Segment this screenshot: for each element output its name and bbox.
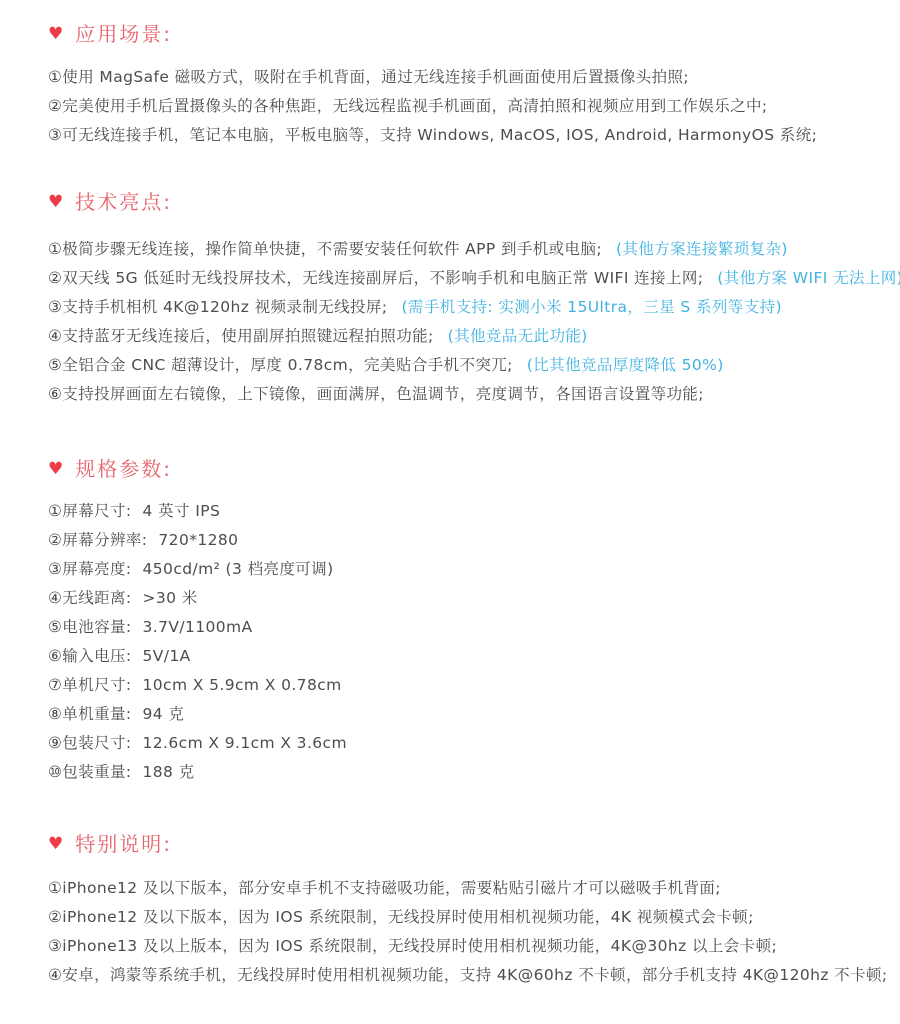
spec-row: ④无线距离:>30 米 [48, 584, 874, 613]
spec-value: >30 米 [143, 589, 198, 607]
spec-label: ②屏幕分辨率: [48, 531, 147, 549]
feature-item: ②双天线 5G 低延时无线投屏技术，无线连接副屏后，不影响手机和电脑正常 WIF… [48, 264, 874, 293]
spec-label: ③屏幕亮度: [48, 560, 132, 578]
feature-item: ③可无线连接手机，笔记本电脑，平板电脑等，支持 Windows, MacOS, … [48, 121, 874, 150]
heart-icon: ♥ [48, 194, 63, 211]
section-heading: ♥ 特别说明: [48, 830, 874, 858]
spec-label: ⑦单机尺寸: [48, 676, 132, 694]
spec-value: 3.7V/1100mA [143, 618, 253, 636]
note-item: ①iPhone12 及以下版本，部分安卓手机不支持磁吸功能，需要粘贴引磁片才可以… [48, 874, 874, 903]
spec-label: ①屏幕尺寸: [48, 502, 132, 520]
spec-row: ②屏幕分辨率:720*1280 [48, 526, 874, 555]
feature-item: ④支持蓝牙无线连接后，使用副屏拍照键远程拍照功能;(其他竞品无此功能) [48, 322, 874, 351]
feature-text: ③支持手机相机 4K@120hz 视频录制无线投屏; [48, 298, 387, 316]
feature-item: ①极简步骤无线连接，操作简单快捷，不需要安装任何软件 APP 到手机或电脑;(其… [48, 235, 874, 264]
competitor-note: (其他竞品无此功能) [448, 327, 588, 345]
feature-text: ⑤全铝合金 CNC 超薄设计，厚度 0.78cm，完美贴合手机不突兀; [48, 356, 513, 374]
spec-row: ⑥输入电压:5V/1A [48, 642, 874, 671]
feature-text: ②双天线 5G 低延时无线投屏技术，无线连接副屏后，不影响手机和电脑正常 WIF… [48, 269, 703, 287]
spec-value: 94 克 [143, 705, 185, 723]
competitor-note: (其他方案连接繁琐复杂) [616, 240, 788, 258]
spec-row: ⑧单机重量:94 克 [48, 700, 874, 729]
spec-label: ⑤电池容量: [48, 618, 132, 636]
feature-text: ②完美使用手机后置摄像头的各种焦距，无线远程监视手机画面，高清拍照和视频应用到工… [48, 97, 768, 115]
note-text: ③iPhone13 及以上版本，因为 IOS 系统限制，无线投屏时使用相机视频功… [48, 937, 777, 955]
feature-text: ④支持蓝牙无线连接后，使用副屏拍照键远程拍照功能; [48, 327, 434, 345]
section-title: 技术亮点: [75, 190, 172, 214]
section-heading: ♥ 规格参数: [48, 455, 874, 483]
feature-item: ⑥支持投屏画面左右镜像，上下镜像，画面满屏，色温调节，亮度调节，各国语言设置等功… [48, 380, 874, 409]
section-tech-highlights: ♥ 技术亮点: ①极简步骤无线连接，操作简单快捷，不需要安装任何软件 APP 到… [48, 188, 874, 409]
note-text: ④安卓，鸿蒙等系统手机，无线投屏时使用相机视频功能，支持 4K@60hz 不卡顿… [48, 966, 888, 984]
note-text: ②iPhone12 及以下版本，因为 IOS 系统限制，无线投屏时使用相机视频功… [48, 908, 754, 926]
note-item: ②iPhone12 及以下版本，因为 IOS 系统限制，无线投屏时使用相机视频功… [48, 903, 874, 932]
spec-value: 12.6cm X 9.1cm X 3.6cm [143, 734, 347, 752]
section-title: 规格参数: [75, 457, 172, 481]
feature-item: ③支持手机相机 4K@120hz 视频录制无线投屏;(需手机支持: 实测小米 1… [48, 293, 874, 322]
heart-icon: ♥ [48, 836, 63, 853]
feature-item: ⑤全铝合金 CNC 超薄设计，厚度 0.78cm，完美贴合手机不突兀;(比其他竞… [48, 351, 874, 380]
feature-item: ①使用 MagSafe 磁吸方式，吸附在手机背面，通过无线连接手机画面使用后置摄… [48, 63, 874, 92]
note-item: ④安卓，鸿蒙等系统手机，无线投屏时使用相机视频功能，支持 4K@60hz 不卡顿… [48, 961, 874, 990]
spec-label: ⑨包装尺寸: [48, 734, 132, 752]
spec-row: ③屏幕亮度:450cd/m² (3 档亮度可调) [48, 555, 874, 584]
spec-row: ⑩包装重量:188 克 [48, 758, 874, 787]
feature-text: ⑥支持投屏画面左右镜像，上下镜像，画面满屏，色温调节，亮度调节，各国语言设置等功… [48, 385, 704, 403]
feature-text: ①极简步骤无线连接，操作简单快捷，不需要安装任何软件 APP 到手机或电脑; [48, 240, 602, 258]
heart-icon: ♥ [48, 26, 63, 43]
section-specifications: ♥ 规格参数: ①屏幕尺寸:4 英寸 IPS ②屏幕分辨率:720*1280 ③… [48, 455, 874, 787]
section-special-notes: ♥ 特别说明: ①iPhone12 及以下版本，部分安卓手机不支持磁吸功能，需要… [48, 830, 874, 990]
section-body: ①屏幕尺寸:4 英寸 IPS ②屏幕分辨率:720*1280 ③屏幕亮度:450… [48, 497, 874, 787]
spec-value: 5V/1A [143, 647, 191, 665]
spec-value: 10cm X 5.9cm X 0.78cm [143, 676, 342, 694]
spec-value: 4 英寸 IPS [143, 502, 221, 520]
spec-value: 450cd/m² (3 档亮度可调) [143, 560, 334, 578]
spec-row: ⑦单机尺寸:10cm X 5.9cm X 0.78cm [48, 671, 874, 700]
spec-value: 188 克 [143, 763, 195, 781]
section-body: ①使用 MagSafe 磁吸方式，吸附在手机背面，通过无线连接手机画面使用后置摄… [48, 63, 874, 150]
spec-value: 720*1280 [158, 531, 238, 549]
section-title: 特别说明: [75, 832, 172, 856]
spec-label: ⑩包装重量: [48, 763, 132, 781]
section-body: ①极简步骤无线连接，操作简单快捷，不需要安装任何软件 APP 到手机或电脑;(其… [48, 235, 874, 409]
spec-label: ④无线距离: [48, 589, 132, 607]
section-body: ①iPhone12 及以下版本，部分安卓手机不支持磁吸功能，需要粘贴引磁片才可以… [48, 874, 874, 990]
section-title: 应用场景: [75, 22, 172, 46]
section-application-scenarios: ♥ 应用场景: ①使用 MagSafe 磁吸方式，吸附在手机背面，通过无线连接手… [48, 20, 874, 150]
competitor-note: (其他方案 WIFI 无法上网) [717, 269, 900, 287]
spec-label: ⑧单机重量: [48, 705, 132, 723]
note-text: ①iPhone12 及以下版本，部分安卓手机不支持磁吸功能，需要粘贴引磁片才可以… [48, 879, 721, 897]
note-item: ③iPhone13 及以上版本，因为 IOS 系统限制，无线投屏时使用相机视频功… [48, 932, 874, 961]
section-heading: ♥ 技术亮点: [48, 188, 874, 216]
spec-row: ⑨包装尺寸:12.6cm X 9.1cm X 3.6cm [48, 729, 874, 758]
feature-text: ③可无线连接手机，笔记本电脑，平板电脑等，支持 Windows, MacOS, … [48, 126, 817, 144]
spec-row: ⑤电池容量:3.7V/1100mA [48, 613, 874, 642]
feature-item: ②完美使用手机后置摄像头的各种焦距，无线远程监视手机画面，高清拍照和视频应用到工… [48, 92, 874, 121]
product-description-page: ♥ 应用场景: ①使用 MagSafe 磁吸方式，吸附在手机背面，通过无线连接手… [0, 0, 900, 1024]
feature-text: ①使用 MagSafe 磁吸方式，吸附在手机背面，通过无线连接手机画面使用后置摄… [48, 68, 689, 86]
competitor-note: (需手机支持: 实测小米 15Ultra，三星 S 系列等支持) [401, 298, 782, 316]
section-heading: ♥ 应用场景: [48, 20, 874, 48]
heart-icon: ♥ [48, 461, 63, 478]
spec-row: ①屏幕尺寸:4 英寸 IPS [48, 497, 874, 526]
spec-label: ⑥输入电压: [48, 647, 132, 665]
competitor-note: (比其他竞品厚度降低 50%) [527, 356, 724, 374]
